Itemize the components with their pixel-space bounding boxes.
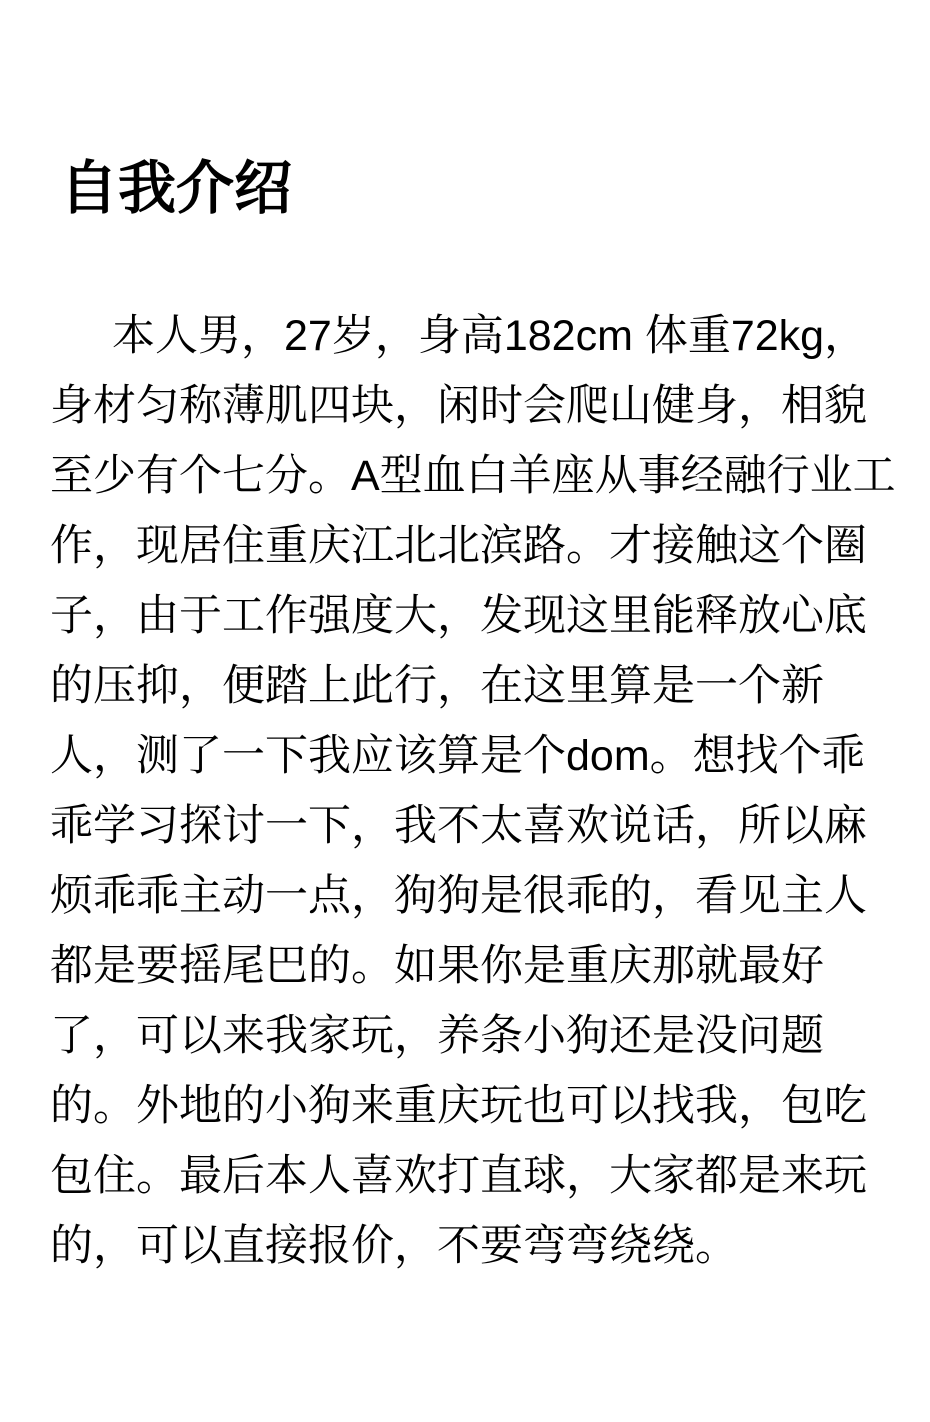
- page-title: 自我介绍: [60, 154, 906, 224]
- document-page: 自我介绍 本人男，27岁，身高182cm 体重72kg，身材匀称薄肌四块，闲时会…: [0, 0, 930, 1422]
- self-introduction-paragraph: 本人男，27岁，身高182cm 体重72kg，身材匀称薄肌四块，闲时会爬山健身，…: [50, 301, 906, 1281]
